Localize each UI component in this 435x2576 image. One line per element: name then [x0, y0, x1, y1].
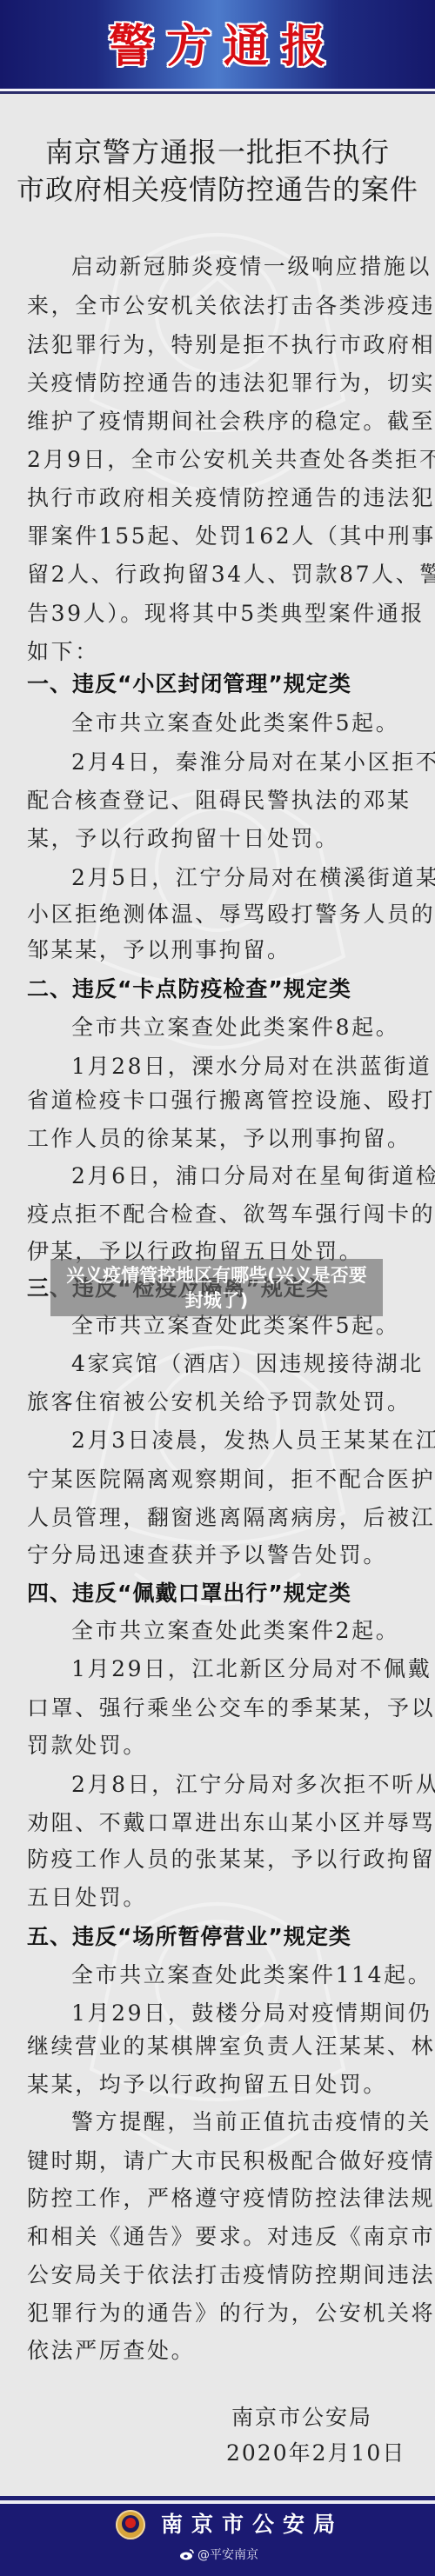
case-line: 罚款处罚。 — [27, 1733, 410, 1759]
case-line: 省道检疫卡口强行搬离管控设施、殴打 — [27, 1088, 410, 1114]
case-line: 工作人员的徐某某，予以刑事拘留。 — [27, 1126, 410, 1152]
section-heading-1: 一、违反“小区封闭管理”规定类 — [27, 671, 410, 697]
overlay-caption: 兴义疫情管控地区有哪些(兴义是否要封城了) — [50, 1259, 383, 1316]
case-line: 配合核查登记、阻碍民警执法的邓某 — [27, 788, 410, 814]
reminder-line: 依法严厉查处。 — [27, 2338, 410, 2364]
intro-line: 2月9日，全市公安机关共查处各类拒不 — [27, 447, 410, 473]
intro-line: 关疫情防控通告的违法犯罪行为，切实 — [27, 370, 410, 396]
case-line: 劝阻、不戴口罩进出东山某小区并辱骂 — [27, 1810, 410, 1836]
section-count: 全市共立案查处此类案件5起。 — [71, 1313, 435, 1339]
case-line: 继续营业的某棋牌室负责人汪某某、林 — [27, 2034, 410, 2060]
case-line: 2月6日，浦口分局对在星甸街道检 — [71, 1163, 435, 1189]
section-count: 全市共立案查处此类案件8起。 — [71, 1015, 435, 1041]
case-line: 1月29日，江北新区分局对不佩戴 — [71, 1656, 435, 1682]
case-line: 2月4日，秦淮分局对在某小区拒不 — [71, 749, 435, 775]
case-line: 五日处罚。 — [27, 1885, 410, 1911]
case-line: 4家宾馆（酒店）因违规接待湖北 — [71, 1351, 435, 1377]
signature-org: 南京市公安局 — [231, 2400, 372, 2432]
case-line: 某某，均予以行政拘留五日处罚。 — [27, 2072, 410, 2098]
intro-line: 告39人）。现将其中5类典型案件通报 — [27, 601, 410, 627]
signature-date: 2020年2月10日 — [226, 2436, 405, 2467]
case-line: 1月29日，鼓楼分局对疫情期间仍 — [71, 2000, 435, 2027]
banner-title: 警方通报 — [0, 21, 435, 73]
section-count: 全市共立案查处此类案件114起。 — [71, 1962, 435, 1988]
reminder-line: 和相关《通告》要求。对违反《南京市 — [27, 2224, 410, 2250]
intro-line: 留2人、行政拘留34人、罚款87人、警 — [27, 562, 410, 588]
section-heading-5: 五、违反“场所暂停营业”规定类 — [27, 1924, 410, 1950]
case-line: 疫点拒不配合检查、欲驾车强行闯卡的 — [27, 1201, 410, 1228]
intro-line: 罪案件155起、处罚162人（其中刑事拘 — [27, 523, 410, 549]
intro-line: 启动新冠肺炎疫情一级响应措施以 — [71, 254, 435, 280]
section-heading-4: 四、违反“佩戴口罩出行”规定类 — [27, 1581, 410, 1607]
police-emblem-icon — [116, 2510, 145, 2539]
intro-line: 法犯罪行为，特别是拒不执行市政府相 — [27, 332, 410, 358]
case-line: 宁某医院隔离观察期间，拒不配合医护 — [27, 1467, 410, 1493]
case-line: 人员管理，翻窗逃离隔离病房，后被江 — [27, 1505, 410, 1531]
case-line: 邹某某，予以刑事拘留。 — [27, 937, 410, 963]
social-handle-text: @平安南京 — [197, 2548, 258, 2562]
intro-line: 执行市政府相关疫情防控通告的违法犯 — [27, 485, 410, 511]
section-count: 全市共立案查处此类案件5起。 — [71, 710, 435, 736]
case-line: 2月5日，江宁分局对在横溪街道某 — [71, 865, 435, 891]
reminder-line: 犯罪行为的通告》的行为，公安机关将 — [27, 2300, 410, 2326]
footer-social-handle: @平安南京 — [179, 2546, 258, 2563]
case-line: 旅客住宿被公安机关给予罚款处罚。 — [27, 1389, 410, 1415]
section-count: 全市共立案查处此类案件2起。 — [71, 1618, 435, 1644]
reminder-line: 键时期，请广大市民积极配合做好疫情 — [27, 2148, 410, 2174]
case-line: 2月8日，江宁分局对多次拒不听从 — [71, 1772, 435, 1798]
section-heading-2: 二、违反“卡点防疫检查”规定类 — [27, 976, 410, 1002]
intro-line: 来，全市公安机关依法打击各类涉疫违 — [27, 293, 410, 319]
intro-line: 维护了疫情期间社会秩序的稳定。截至 — [27, 409, 410, 435]
reminder-line: 警方提醒，当前正值抗击疫情的关 — [71, 2109, 435, 2135]
intro-line: 如下： — [27, 639, 410, 665]
case-line: 1月28日，溧水分局对在洪蓝街道 — [71, 1054, 435, 1080]
case-line: 口罩、强行乘坐公交车的季某某，予以 — [27, 1695, 410, 1721]
case-line: 某，予以行政拘留十日处罚。 — [27, 826, 410, 852]
reminder-line: 防控工作，严格遵守疫情防控法律法规 — [27, 2186, 410, 2212]
case-line: 防疫工作人员的张某某，予以行政拘留 — [27, 1847, 410, 1873]
case-line: 2月3日凌晨，发热人员王某某在江 — [71, 1428, 435, 1454]
document-title-line-1: 南京警方通报一批拒不执行 — [0, 134, 435, 171]
header-divider-dark — [0, 91, 435, 94]
footer-org-name: 南京市公安局 — [161, 2507, 344, 2539]
document-title-line-2: 市政府相关疫情防控通告的案件 — [0, 171, 435, 209]
case-line: 小区拒绝测体温、辱骂殴打警务人员的 — [27, 902, 410, 928]
reminder-line: 公安局关于依法打击疫情防控期间违法 — [27, 2262, 410, 2288]
header-banner: 警方通报 — [0, 0, 435, 89]
footer-banner: 南京市公安局 @平安南京 — [0, 2504, 435, 2576]
weibo-icon — [179, 2548, 195, 2560]
case-line: 宁分局迅速查获并予以警告处罚。 — [27, 1542, 410, 1568]
